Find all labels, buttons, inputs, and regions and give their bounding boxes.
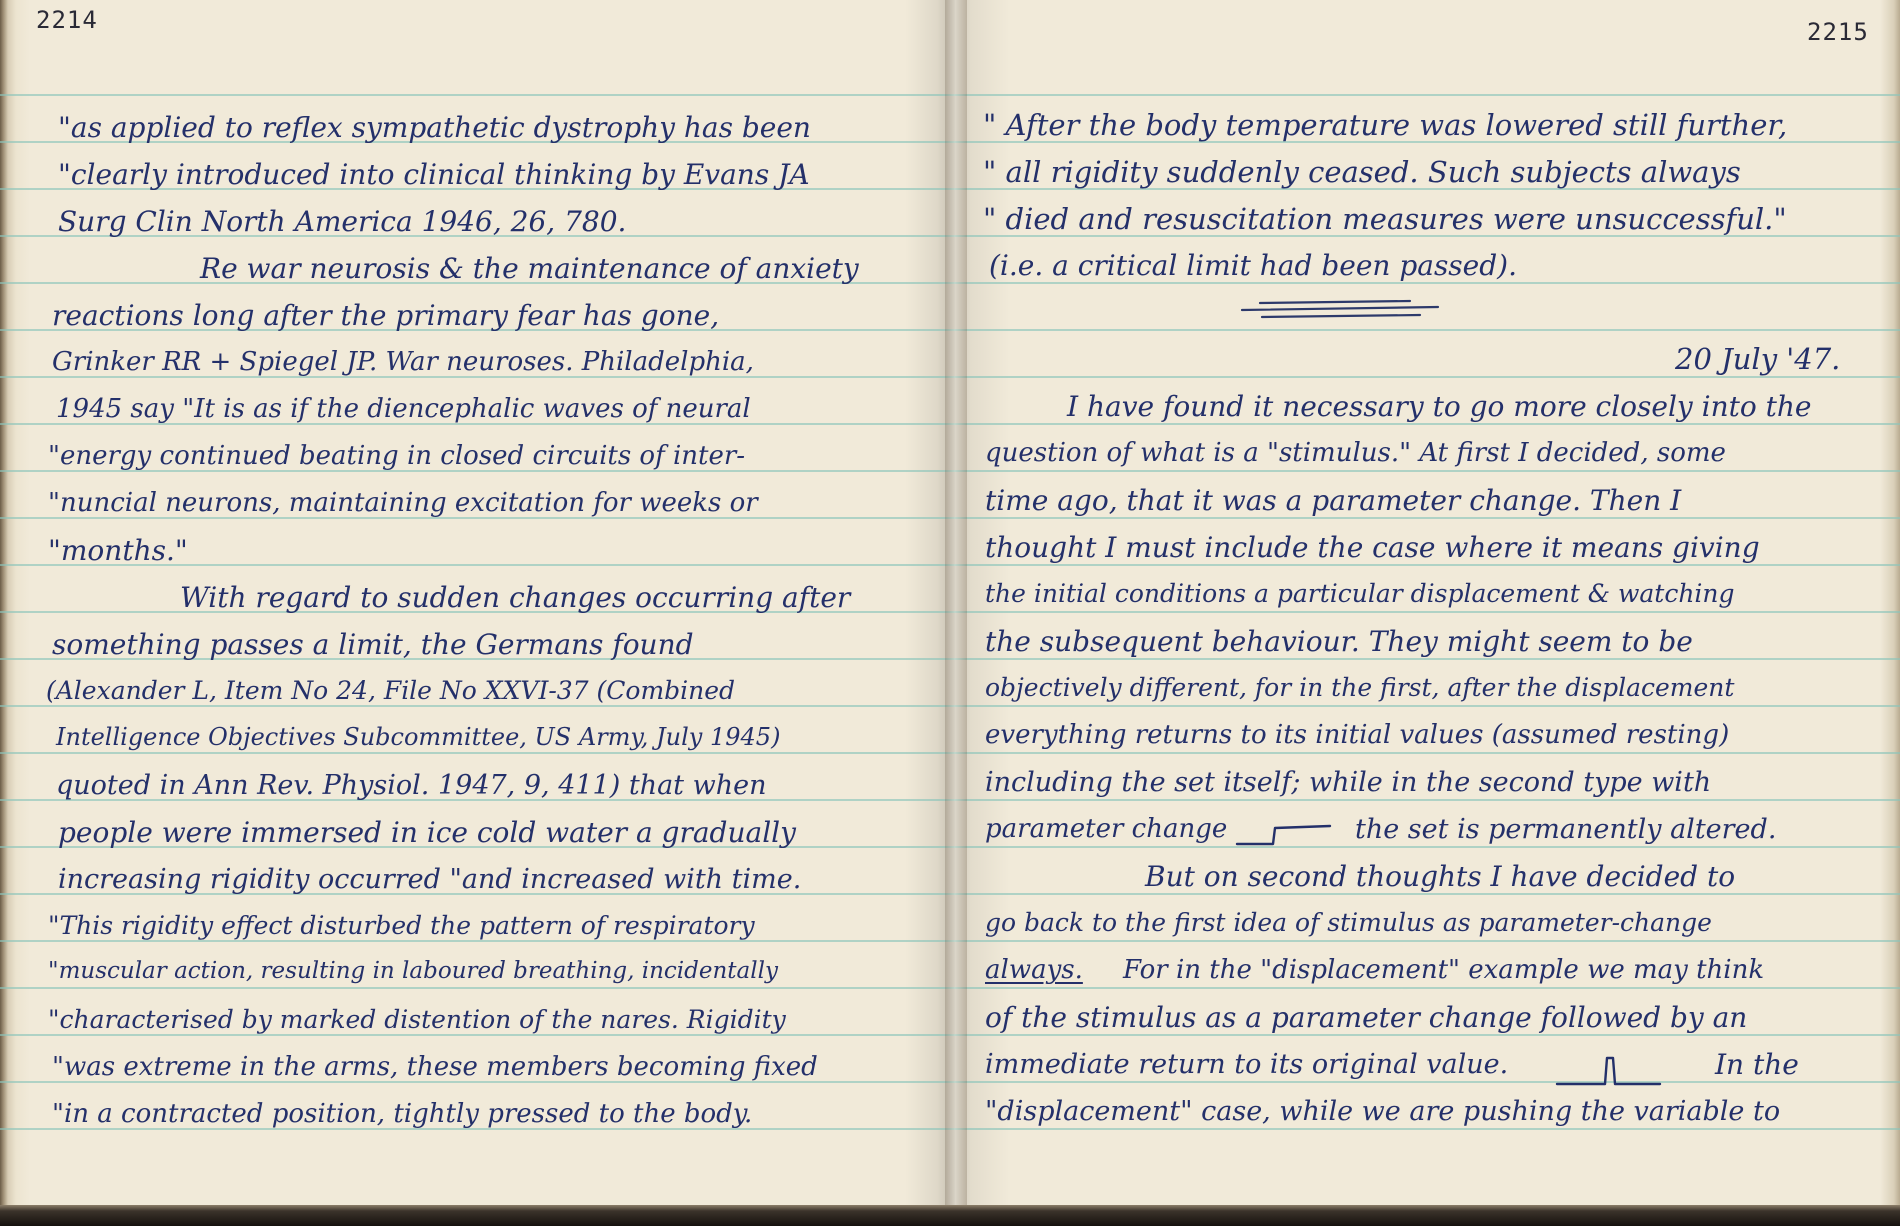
text-line: I have found it necessary to go more clo… xyxy=(1067,393,1812,421)
text-line: But on second thoughts I have decided to xyxy=(1145,863,1735,891)
text-line: everything returns to its initial values… xyxy=(985,722,1729,748)
text-line: objectively different, for in the first,… xyxy=(985,675,1734,700)
text-line: "was extreme in the arms, these members … xyxy=(52,1054,818,1080)
text-line: immediate return to its original value. xyxy=(985,1051,1508,1078)
text-line: of the stimulus as a parameter change fo… xyxy=(985,1004,1747,1032)
text-line: "This rigidity effect disturbed the patt… xyxy=(48,913,755,938)
text-line: the subsequent behaviour. They might see… xyxy=(985,628,1693,656)
step-change-sketch xyxy=(1235,820,1335,850)
text-line: 1945 say "It is as if the diencephalic w… xyxy=(56,396,751,422)
book-bottom-edge xyxy=(0,1205,1900,1226)
right-page: 2215 " After the body temperature was lo… xyxy=(955,0,1900,1212)
text-line: "nuncial neurons, maintaining excitation… xyxy=(48,490,758,516)
quote-line: (i.e. a critical limit had been passed). xyxy=(989,252,1517,280)
page-number: 2214 xyxy=(36,6,98,34)
text-line: Surg Clin North America 1946, 26, 780. xyxy=(58,208,626,236)
text-line: thought I must include the case where it… xyxy=(985,534,1760,562)
text-line: "as applied to reflex sympathetic dystro… xyxy=(58,114,811,142)
text-line: "clearly introduced into clinical thinki… xyxy=(58,161,810,189)
pulse-sketch xyxy=(1555,1050,1665,1090)
text-line: "characterised by marked distention of t… xyxy=(48,1007,786,1032)
quote-line: " died and resuscitation measures were u… xyxy=(983,205,1787,234)
text-line: With regard to sudden changes occurring … xyxy=(180,584,850,612)
text-line: "in a contracted position, tightly press… xyxy=(52,1101,752,1127)
text-line: quoted in Ann Rev. Physiol. 1947, 9, 411… xyxy=(56,772,766,799)
text-line: the set is permanently altered. xyxy=(1355,816,1776,843)
left-page: 2214 "as applied to reflex sympathetic d… xyxy=(0,0,955,1212)
text-line: "months." xyxy=(48,537,188,565)
text-line: "displacement" case, while we are pushin… xyxy=(985,1098,1780,1125)
quote-line: " After the body temperature was lowered… xyxy=(983,111,1787,140)
notebook-spread: 2214 "as applied to reflex sympathetic d… xyxy=(0,0,1900,1212)
text-line: reactions long after the primary fear ha… xyxy=(52,302,719,330)
text-line: "muscular action, resulting in laboured … xyxy=(48,960,778,983)
entry-date: 20 July '47. xyxy=(1675,342,1840,376)
text-line: including the set itself; while in the s… xyxy=(985,769,1711,796)
text-line: question of what is a "stimulus." At fir… xyxy=(985,440,1726,466)
text-line: In the xyxy=(1715,1051,1799,1079)
text-line: Grinker RR + Spiegel JP. War neuroses. P… xyxy=(52,349,754,375)
text-line: increasing rigidity occurred "and increa… xyxy=(58,866,801,893)
text-line: the initial conditions a particular disp… xyxy=(985,581,1735,606)
text-line: Re war neurosis & the maintenance of anx… xyxy=(200,255,859,283)
text-line: (Alexander L, Item No 24, File No XXVI-3… xyxy=(46,678,735,703)
text-line: go back to the first idea of stimulus as… xyxy=(985,910,1712,935)
text-line: Intelligence Objectives Subcommittee, US… xyxy=(56,725,780,749)
double-underline xyxy=(1240,295,1440,325)
page-number: 2215 xyxy=(1807,18,1869,46)
text-line: people were immersed in ice cold water a… xyxy=(58,819,796,847)
book-gutter xyxy=(945,0,967,1212)
emphasized-word: always. xyxy=(985,957,1083,983)
text-line: "energy continued beating in closed circ… xyxy=(48,443,745,469)
text-line: something passes a limit, the Germans fo… xyxy=(52,631,694,659)
text-line: For in the "displacement" example we may… xyxy=(1123,957,1764,983)
text-line: parameter change xyxy=(985,816,1227,842)
text-line: time ago, that it was a parameter change… xyxy=(985,487,1681,515)
quote-line: " all rigidity suddenly ceased. Such sub… xyxy=(983,158,1741,187)
